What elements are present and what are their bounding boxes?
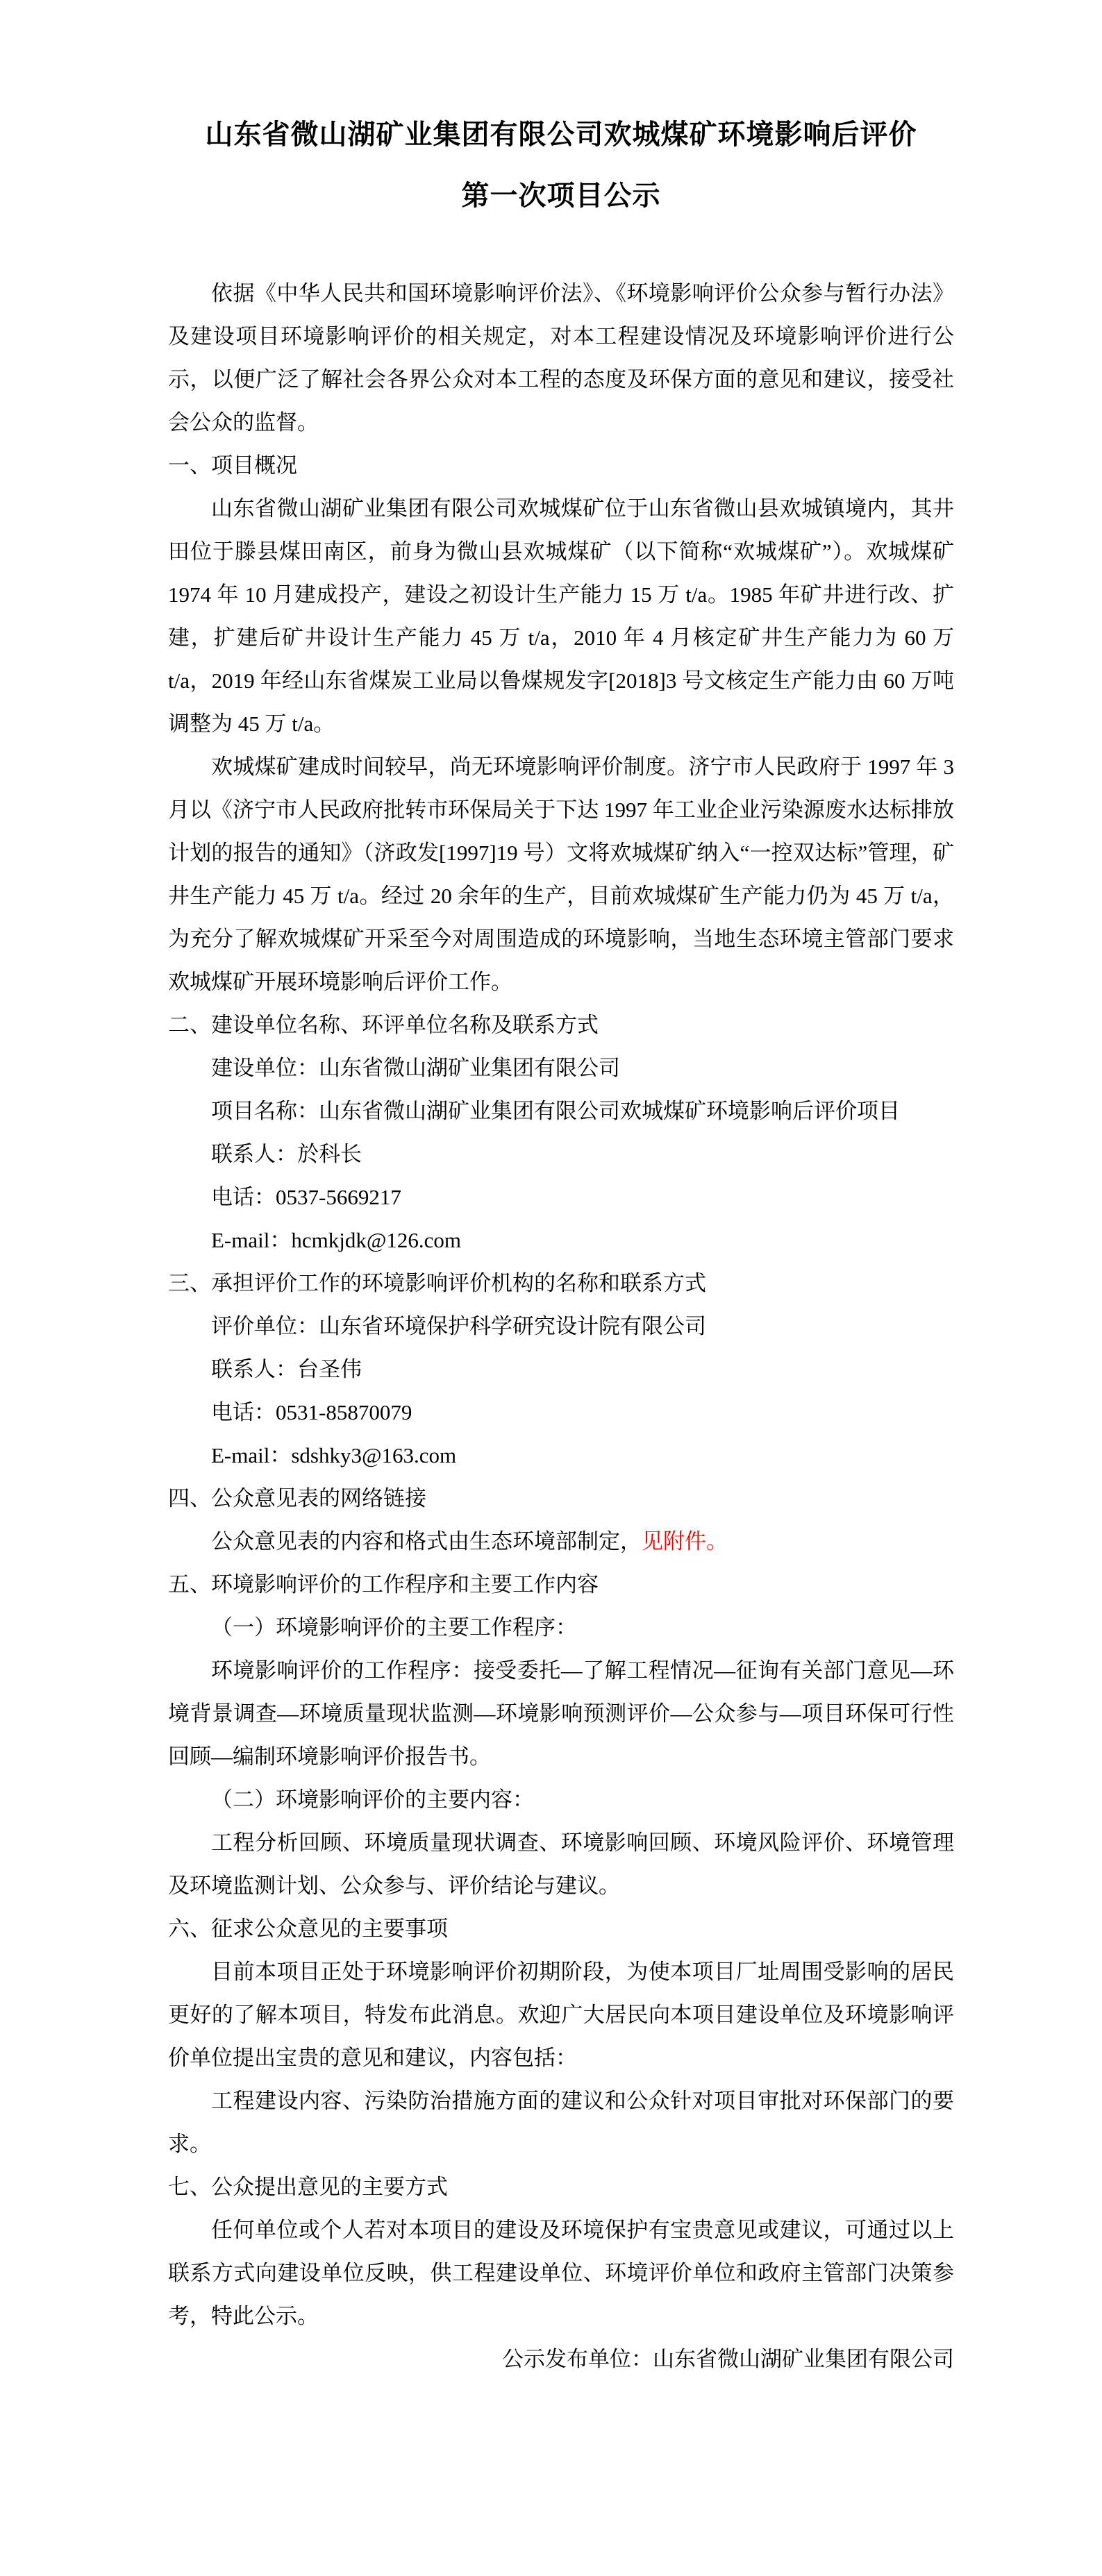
document-content: 山东省微山湖矿业集团有限公司欢城煤矿环境影响后评价 第一次项目公示 依据《中华人…	[168, 0, 954, 2381]
project-name-line: 项目名称：山东省微山湖矿业集团有限公司欢城煤矿环境影响后评价项目	[168, 1090, 954, 1133]
intro-paragraph: 依据《中华人民共和国环境影响评价法》、《环境影响评价公众参与暂行办法》及建设项目…	[168, 272, 954, 444]
evaluation-unit-line: 评价单位：山东省环境保护科学研究设计院有限公司	[168, 1305, 954, 1348]
section-4-paragraph: 公众意见表的内容和格式由生态环境部制定，见附件。	[168, 1520, 954, 1563]
document-title: 山东省微山湖矿业集团有限公司欢城煤矿环境影响后评价 第一次项目公示	[168, 0, 954, 226]
section-6-paragraph-2: 工程建设内容、污染防治措施方面的建议和公众针对项目审批对环保部门的要求。	[168, 2080, 954, 2166]
publisher-footer: 公示发布单位：山东省微山湖矿业集团有限公司	[168, 2338, 954, 2381]
document-body: 依据《中华人民共和国环境影响评价法》、《环境影响评价公众参与暂行办法》及建设项目…	[168, 272, 954, 2381]
section-7-paragraph: 任何单位或个人若对本项目的建设及环境保护有宝贵意见或建议，可通过以上联系方式向建…	[168, 2209, 954, 2338]
construction-email-line: E-mail：hcmkjdk@126.com	[168, 1219, 954, 1262]
section-5-sub-2-paragraph: 工程分析回顾、环境质量现状调查、环境影响回顾、环境风险评价、环境管理及环境监测计…	[168, 1821, 954, 1908]
evaluation-email-line: E-mail：sdshky3@163.com	[168, 1434, 954, 1477]
construction-unit-line: 建设单位：山东省微山湖矿业集团有限公司	[168, 1047, 954, 1090]
attachment-note: 见附件。	[642, 1529, 728, 1554]
section-4-heading: 四、公众意见表的网络链接	[168, 1477, 954, 1520]
evaluation-contact-line: 联系人：台圣伟	[168, 1348, 954, 1391]
section-1-paragraph-2: 欢城煤矿建成时间较早，尚无环境影响评价制度。济宁市人民政府于 1997 年 3 …	[168, 746, 954, 1004]
section-5-sub-1-heading: （一）环境影响评价的主要工作程序：	[168, 1606, 954, 1649]
section-1-heading: 一、项目概况	[168, 444, 954, 487]
title-line-1: 山东省微山湖矿业集团有限公司欢城煤矿环境影响后评价	[168, 104, 954, 165]
title-line-2: 第一次项目公示	[168, 165, 954, 226]
evaluation-phone-line: 电话：0531-85870079	[168, 1391, 954, 1434]
section-5-heading: 五、环境影响评价的工作程序和主要工作内容	[168, 1563, 954, 1606]
section-6-paragraph-1: 目前本项目正处于环境影响评价初期阶段，为使本项目厂址周围受影响的居民更好的了解本…	[168, 1951, 954, 2080]
section-3-heading: 三、承担评价工作的环境影响评价机构的名称和联系方式	[168, 1262, 954, 1305]
section-5-sub-1-paragraph: 环境影响评价的工作程序：接受委托—了解工程情况—征询有关部门意见—环境背景调查—…	[168, 1649, 954, 1778]
section-1-paragraph-1: 山东省微山湖矿业集团有限公司欢城煤矿位于山东省微山县欢城镇境内，其井田位于滕县煤…	[168, 487, 954, 746]
section-5-sub-2-heading: （二）环境影响评价的主要内容：	[168, 1778, 954, 1821]
document-page: 山东省微山湖矿业集团有限公司欢城煤矿环境影响后评价 第一次项目公示 依据《中华人…	[0, 0, 1102, 2576]
construction-contact-line: 联系人：於科长	[168, 1133, 954, 1176]
construction-phone-line: 电话：0537-5669217	[168, 1176, 954, 1219]
section-6-heading: 六、征求公众意见的主要事项	[168, 1908, 954, 1951]
opinion-form-text: 公众意见表的内容和格式由生态环境部制定，	[211, 1529, 642, 1554]
section-7-heading: 七、公众提出意见的主要方式	[168, 2166, 954, 2209]
section-2-heading: 二、建设单位名称、环评单位名称及联系方式	[168, 1004, 954, 1047]
